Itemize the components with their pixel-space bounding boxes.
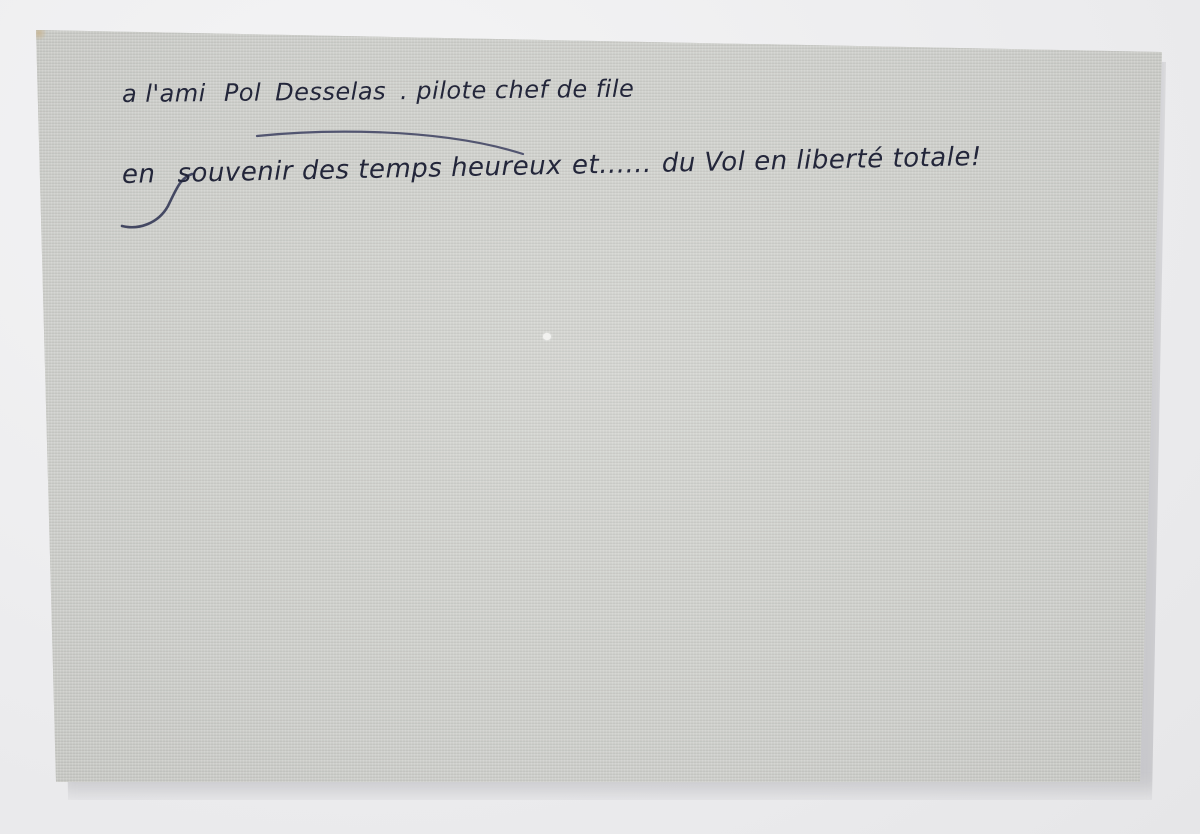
- text-en: en: [122, 159, 156, 190]
- worn-corner: [36, 30, 46, 40]
- text-desselas: Desselas: [275, 77, 386, 106]
- inscription-line-1: a l'amiPolDesselas. pilote chef de file: [122, 75, 635, 108]
- text-pol: Pol: [224, 79, 262, 107]
- text-pilote-chef-de-file: . pilote chef de file: [400, 75, 635, 105]
- text-et: et......: [572, 149, 652, 181]
- text-a-lami: a l'ami: [122, 79, 206, 108]
- surface-speck: [543, 333, 551, 340]
- photo-scene: a l'amiPolDesselas. pilote chef de file …: [0, 0, 1200, 834]
- linen-book-cover: [36, 30, 1162, 782]
